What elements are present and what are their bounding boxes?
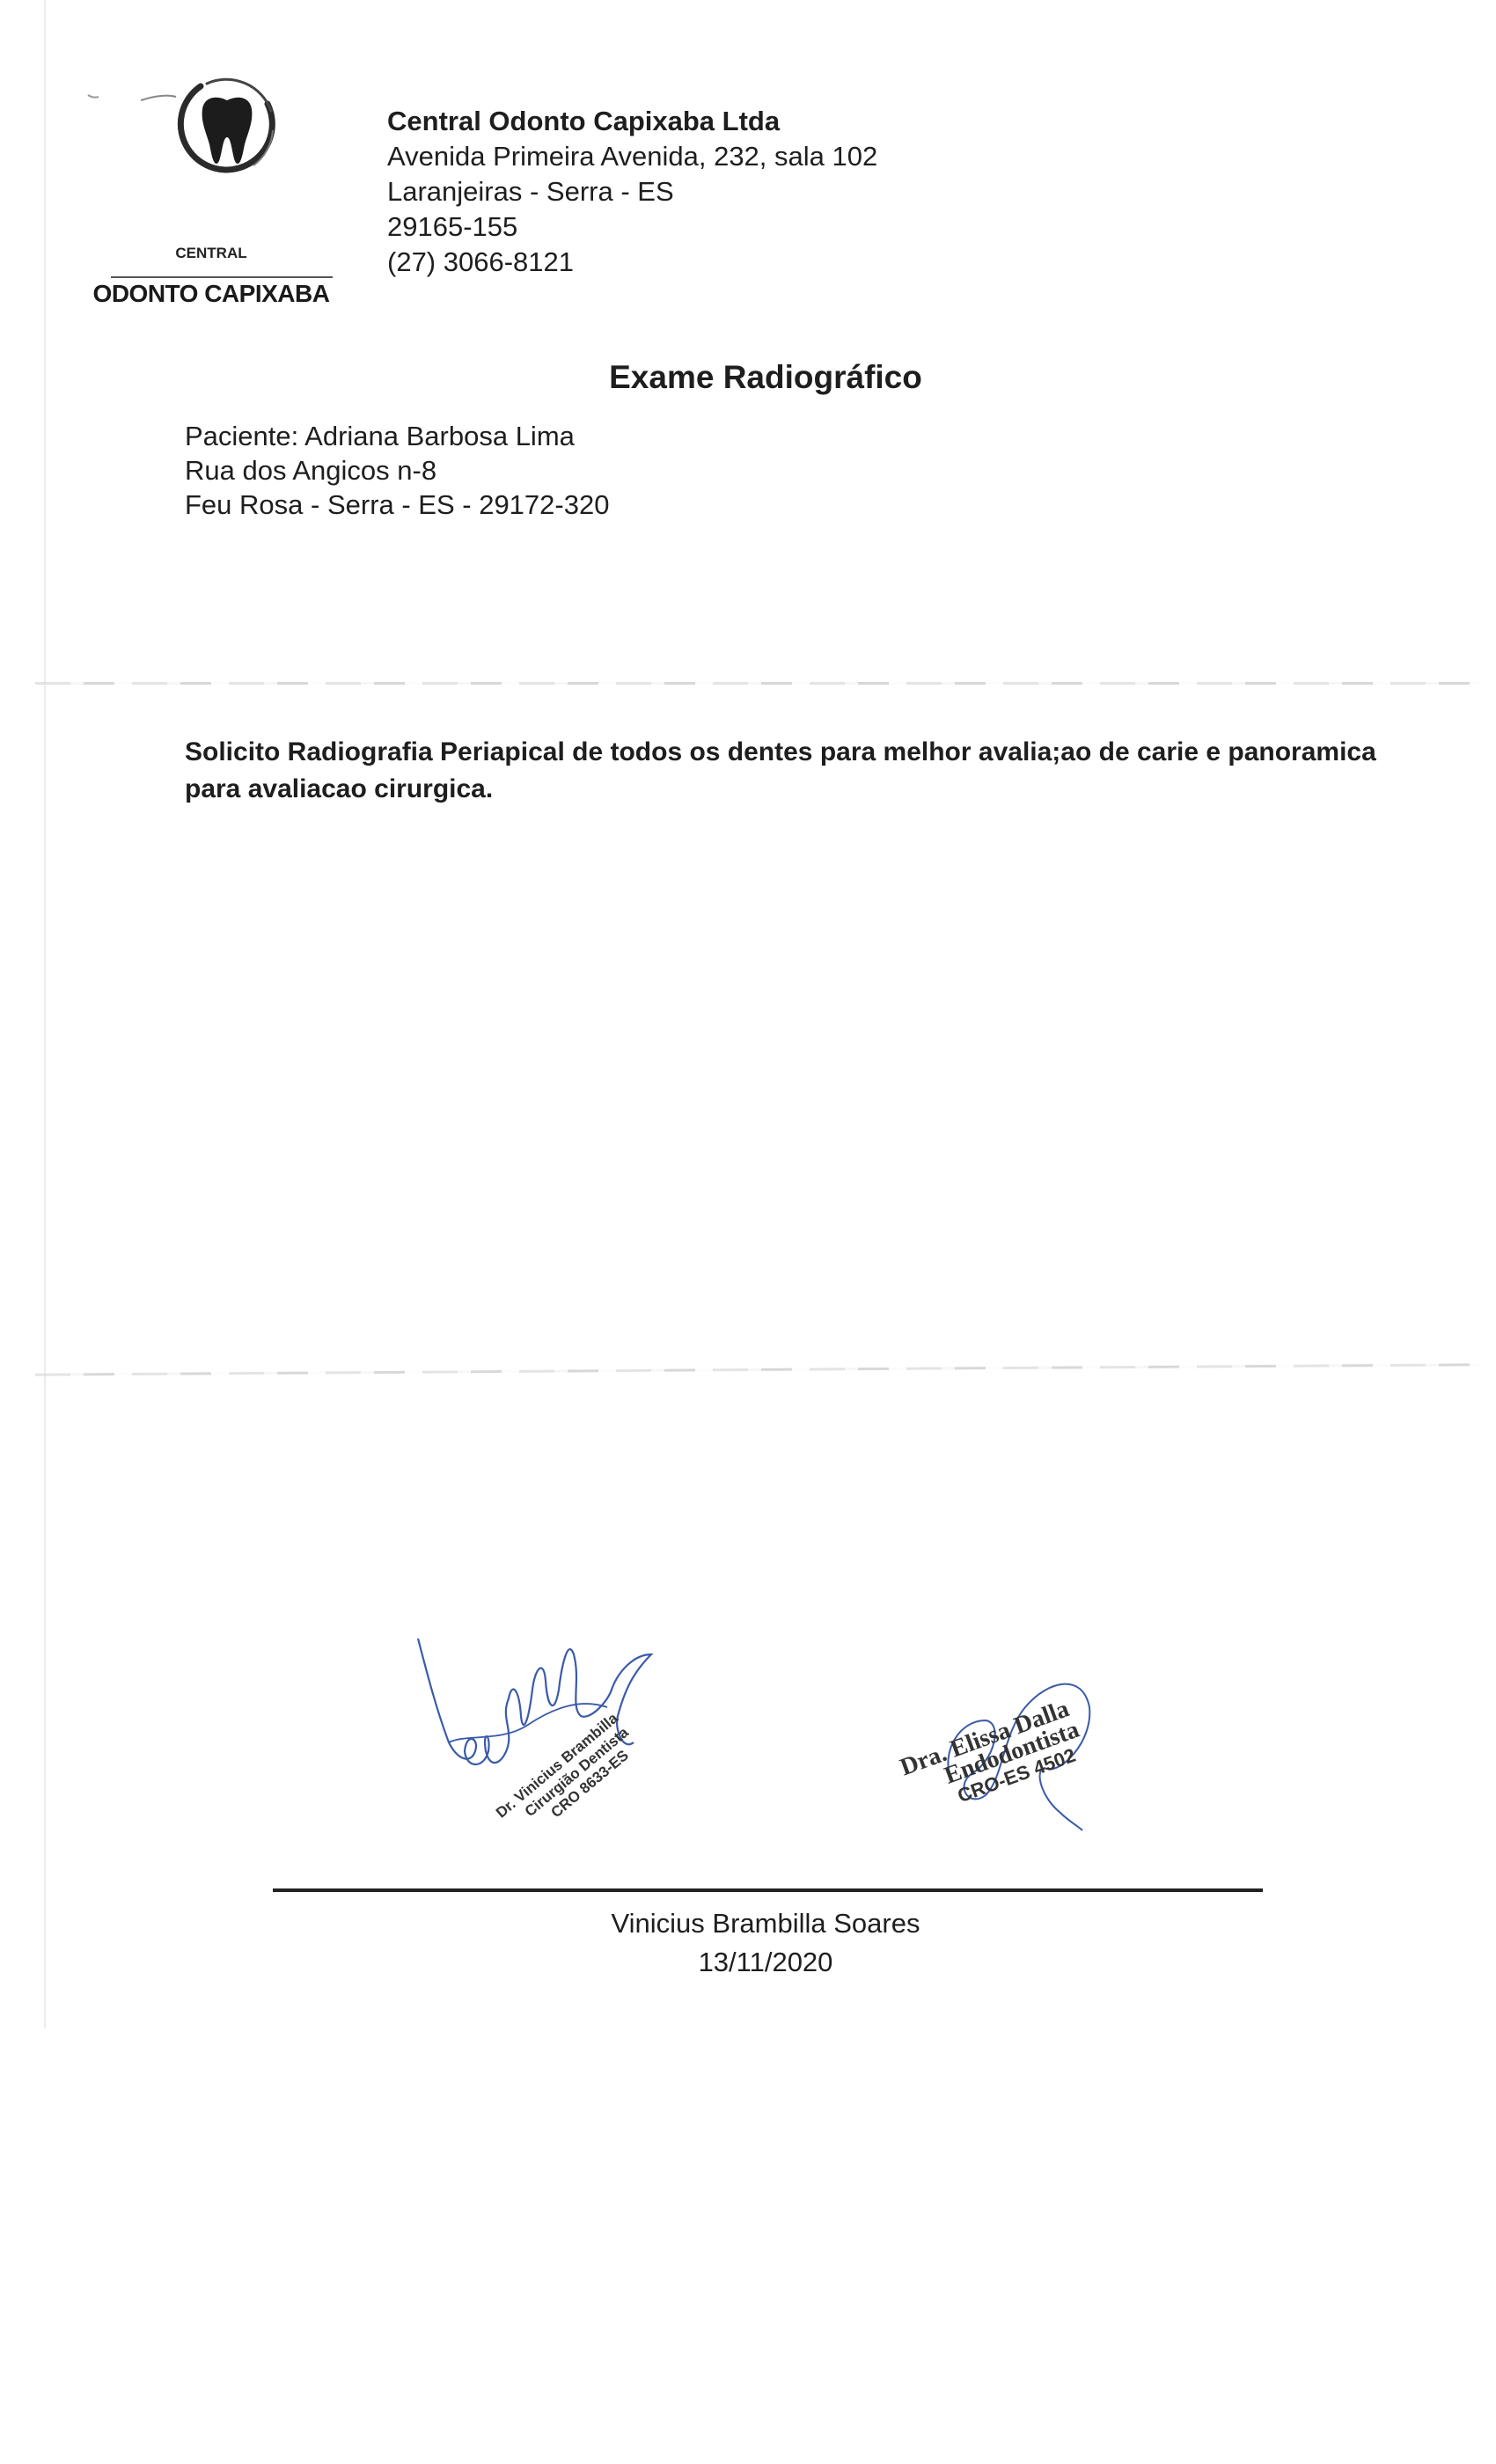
patient-block: Paciente: Adriana Barbosa Lima Rua dos A…: [185, 419, 609, 522]
clinic-name: Central Odonto Capixaba Ltda: [387, 104, 877, 139]
logo-text-name: ODONTO CAPIXABA: [53, 280, 370, 308]
clinic-logo: CENTRAL ODONTO CAPIXABA: [53, 69, 370, 253]
exam-request-text: Solicito Radiografia Periapical de todos…: [185, 734, 1417, 808]
fold-line: [35, 1363, 1478, 1375]
document-title: Exame Radiográfico: [0, 359, 1496, 396]
signer-name: Vinicius Brambilla Soares: [0, 1904, 1496, 1943]
clinic-address-block: Central Odonto Capixaba Ltda Avenida Pri…: [387, 104, 877, 280]
signature-line: [273, 1888, 1263, 1892]
clinic-postal-code: 29165-155: [387, 209, 877, 245]
logo-divider: [111, 276, 333, 278]
signer-block: Vinicius Brambilla Soares 13/11/2020: [0, 1904, 1496, 1982]
signature-date: 13/11/2020: [0, 1943, 1496, 1982]
signature-right: Dra. Elissa Dalla Endodontista CRO-ES 45…: [871, 1654, 1153, 1848]
tooth-icon: [53, 69, 370, 245]
clinic-street: Avenida Primeira Avenida, 232, sala 102: [387, 139, 877, 174]
signature-left: Dr. Vinicius Brambilla Cirurgião Dentist…: [387, 1619, 704, 1857]
clinic-city: Laranjeiras - Serra - ES: [387, 174, 877, 209]
scan-edge: [44, 0, 46, 2028]
patient-city: Feu Rosa - Serra - ES - 29172-320: [185, 488, 609, 522]
logo-text-central: CENTRAL: [53, 245, 370, 262]
clinic-phone: (27) 3066-8121: [387, 245, 877, 280]
fold-line: [35, 682, 1478, 685]
patient-street: Rua dos Angicos n-8: [185, 453, 609, 488]
patient-name: Paciente: Adriana Barbosa Lima: [185, 419, 609, 453]
